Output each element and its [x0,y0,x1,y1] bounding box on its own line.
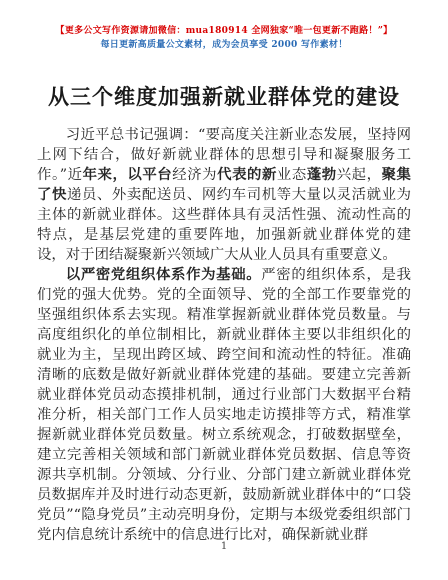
promo-line-red: 【更多公文写作资源请加微信：mua180914 全网独家“唯一包更新不跑路！”】 [0,25,448,37]
promo-line-blue: 每日更新高质量公文素材，成为会员享受 2000 写作素材！ [0,39,448,51]
body-paragraphs: 习近平总书记强调：“要高度关注新业态发展，坚持网上网下结合，做好新就业群体的思想… [37,125,411,545]
text-segment: 经济为 [172,167,217,183]
bold-text-segment: 以严密党组织体系作为基础。 [66,266,261,283]
page-title: 从三个维度加强新就业群体党的建设 [0,81,448,111]
paragraph: 习近平总书记强调：“要高度关注新业态发展，坚持网上网下结合，做好新就业群体的思想… [37,125,411,265]
text-segment: 兴起， [337,167,382,183]
bold-text-segment: 代表的新 [217,166,277,183]
promo-header: 【更多公文写作资源请加微信：mua180914 全网独家“唯一包更新不跑路！”】… [0,0,448,51]
text-segment: 递员、 [67,187,112,203]
text-segment: 业态 [277,167,307,183]
page-number: 1 [0,541,448,552]
document-page: 【更多公文写作资源请加微信：mua180914 全网独家“唯一包更新不跑路！”】… [0,0,448,580]
bold-text-segment: 年来，以平台 [83,166,173,183]
bold-text-segment: 蓬勃 [307,166,337,183]
paragraph: 以严密党组织体系作为基础。严密的组织体系，是我们党的强大优势。党的全面领导、党的… [37,265,411,545]
text-segment: 严密的组织体系，是我们党的强大优势。党的全面领导、党的全部工作要靠党的坚强组织体… [37,267,411,543]
